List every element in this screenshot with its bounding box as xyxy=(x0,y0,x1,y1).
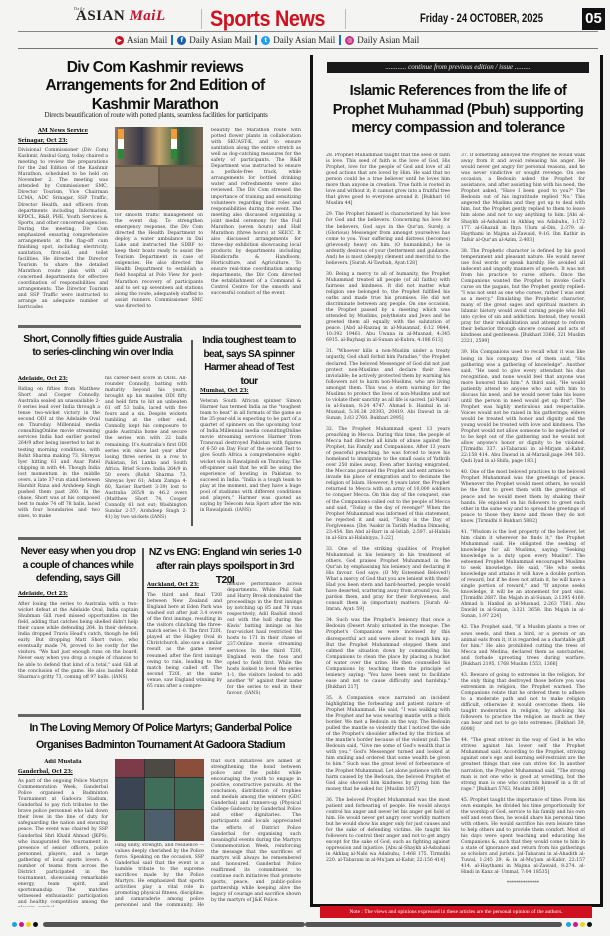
article-body: The third and final T20I between New Zea… xyxy=(147,593,222,690)
article-paragraph: 31. "Whoever kills a non-Muslim under a … xyxy=(326,349,450,422)
article-column: for smooth traffic management on the eve… xyxy=(115,213,203,318)
dateline: Adelaide, Oct 23: xyxy=(18,591,138,597)
article-paragraph: 44. "The great striver in the way of God… xyxy=(461,738,585,792)
registration-dot xyxy=(26,922,31,927)
issue-date: Friday - 24 OCTOBER, 2025 xyxy=(420,13,543,25)
divider xyxy=(255,35,257,45)
badminton-photo xyxy=(115,759,204,841)
continued-banner: ............ continue from previous edit… xyxy=(327,62,589,73)
headline-gill: Never easy when you drop a couple of cha… xyxy=(18,545,138,586)
logo[interactable]: Daily ASIAN MaiL xyxy=(76,8,166,25)
headline-australia: Short, Connolly fifties guide Australia … xyxy=(20,333,185,359)
article-body: Divisional Commissioner (Div Com) Kashmi… xyxy=(18,148,108,311)
section-rule xyxy=(18,325,301,328)
article-body: Veteran South African spinner Simon Harm… xyxy=(200,399,301,514)
article-column: Adelaide, Oct 23: After losing the serie… xyxy=(18,591,138,711)
social-twitter-label[interactable]: Daily Asian Mail xyxy=(273,35,335,45)
youtube-icon[interactable]: ▶ xyxy=(115,36,124,45)
byline: Adil Mustafa xyxy=(18,759,108,765)
article-column: Auckland, Oct 23: The third and final T2… xyxy=(147,582,222,710)
article-column: his career-best score in ODIs. All-round… xyxy=(105,376,187,524)
article-paragraph: 32. The Prophet Muhammad spent 13 years … xyxy=(326,427,450,542)
article-body: Riding on fifties from Matthew Short and… xyxy=(18,387,100,520)
masthead: Daily ASIAN MaiL Sports News Friday - 24… xyxy=(18,6,598,32)
social-facebook-label[interactable]: Daily Asian Mail xyxy=(189,35,251,45)
header-divider xyxy=(345,9,346,29)
article-column: beautify the Marathon route with potted … xyxy=(211,128,301,318)
social-links: ▶ Asian Mail f Daily Asian Mail t Daily … xyxy=(115,35,419,45)
headline-ganderbal: In The Loving Memory Of Police Martyrs; … xyxy=(18,720,303,754)
registration-dot xyxy=(580,922,585,927)
article-body: As part of the ongoing Police Martyrs Co… xyxy=(18,779,108,907)
instagram-icon[interactable]: ◎ xyxy=(345,36,354,45)
article-body: that such initiatives are aimed at stren… xyxy=(211,759,301,904)
article-paragraph: 33. One of the striking qualities of Pro… xyxy=(326,547,450,614)
byline: AM News Service xyxy=(18,128,108,134)
column-divider xyxy=(191,340,193,526)
article-column: Adil Mustafa Ganderbal, Oct 23: As part … xyxy=(18,759,108,907)
article-paragraph: 40. One of the most beloved practices to… xyxy=(461,470,585,524)
article-body: for smooth traffic management on the eve… xyxy=(115,213,203,310)
column-divider xyxy=(142,548,144,710)
article-paragraph: 29. The Prophet himself is characterized… xyxy=(326,212,450,266)
social-youtube-label[interactable]: Asian Mail xyxy=(127,35,167,45)
dateline: Mumbai, Oct 23: xyxy=(200,388,301,394)
logo-word-mail: MaiL xyxy=(129,8,165,24)
section-title: Sports News xyxy=(210,6,325,32)
print-bar xyxy=(305,922,562,927)
article-paragraph: 38. The Prophetic character is defined b… xyxy=(461,249,585,346)
registration-dot xyxy=(19,922,24,927)
section-rule xyxy=(18,537,301,540)
print-bar xyxy=(43,922,305,927)
registration-dot xyxy=(33,922,38,927)
registration-dot xyxy=(566,922,571,927)
registration-dot xyxy=(587,922,592,927)
page-number: 05 xyxy=(582,8,605,30)
divider xyxy=(171,35,173,45)
article-paragraph: 36. The beloved Prophet Muhammad was the… xyxy=(326,798,450,865)
headline-islamic: Islamic References from the life of Prop… xyxy=(326,82,590,138)
registration-dot xyxy=(573,922,578,927)
article-column: hensive performance across departments. … xyxy=(227,582,302,710)
article-body: ising unity, strength, and resilience — … xyxy=(115,843,204,907)
headline-harmer: India toughest team to beat, says SA spi… xyxy=(197,334,301,388)
dateline: Auckland, Oct 23: xyxy=(147,582,222,588)
social-instagram-label[interactable]: Daily Asian Mail xyxy=(357,35,419,45)
article-column: Mumbai, Oct 23: Veteran South African sp… xyxy=(200,388,301,526)
facebook-icon[interactable]: f xyxy=(177,36,186,45)
article-paragraph: 41. "Wisdom is the lost property of the … xyxy=(461,530,585,621)
article-body: his career-best score in ODIs. All-round… xyxy=(105,376,187,521)
article-paragraph: 45. Prophet taught the importance of tim… xyxy=(461,798,585,877)
article-body: beautify the Marathon route with potted … xyxy=(211,128,301,297)
article-body: After losing the series to Australia wit… xyxy=(18,602,138,681)
article-column: 28. Prophet Muhammad taught that the see… xyxy=(326,153,450,898)
header-rule xyxy=(18,48,598,49)
article-column: that such initiatives are aimed at stren… xyxy=(211,759,301,907)
headline-marathon: Div Com Kashmir reviews Arrangements for… xyxy=(20,59,290,114)
article-paragraph: 34. Such was the Prophet's leniency that… xyxy=(326,618,450,691)
divider xyxy=(339,35,341,45)
article-paragraph: 42. The Prophet said, "If a Muslim plant… xyxy=(461,625,585,667)
article-paragraph: 43. Beware of going to extremes in the r… xyxy=(461,673,585,733)
article-column: AM News Service Srinagar, Oct 23: Divisi… xyxy=(18,128,108,318)
disclaimer-note: Note : The views and opinions expressed … xyxy=(320,906,592,918)
article-paragraph: 37. If something annoyed the Prophet he … xyxy=(461,153,585,244)
article-paragraph: 35. A Companion once narrated an inciden… xyxy=(326,696,450,793)
registration-dot xyxy=(12,922,17,927)
section-rule xyxy=(18,714,301,717)
article-paragraph: 39. His Companions used to recall what i… xyxy=(461,350,585,465)
article-body: hensive performance across departments. … xyxy=(227,582,302,697)
dateline: Srinagar, Oct 23: xyxy=(18,138,108,144)
twitter-icon[interactable]: t xyxy=(261,36,270,45)
end-mark: ************** xyxy=(461,881,585,887)
article-column: ising unity, strength, and resilience — … xyxy=(115,843,204,907)
deck-marathon: Directs beautification of route with pot… xyxy=(12,111,300,119)
article-paragraph: 30. Being a mercy to all of humanity, th… xyxy=(326,272,450,345)
meeting-photo xyxy=(115,127,203,210)
dateline: Adelaide, Oct 23: xyxy=(18,376,100,382)
article-paragraph: 28. Prophet Muhammad taught that the see… xyxy=(326,153,450,207)
dateline: Ganderbal, Oct 23: xyxy=(18,769,108,775)
article-column: Adelaide, Oct 23: Riding on fifties from… xyxy=(18,376,100,524)
header-divider xyxy=(201,9,202,29)
article-column: 37. If something annoyed the Prophet he … xyxy=(461,153,585,898)
